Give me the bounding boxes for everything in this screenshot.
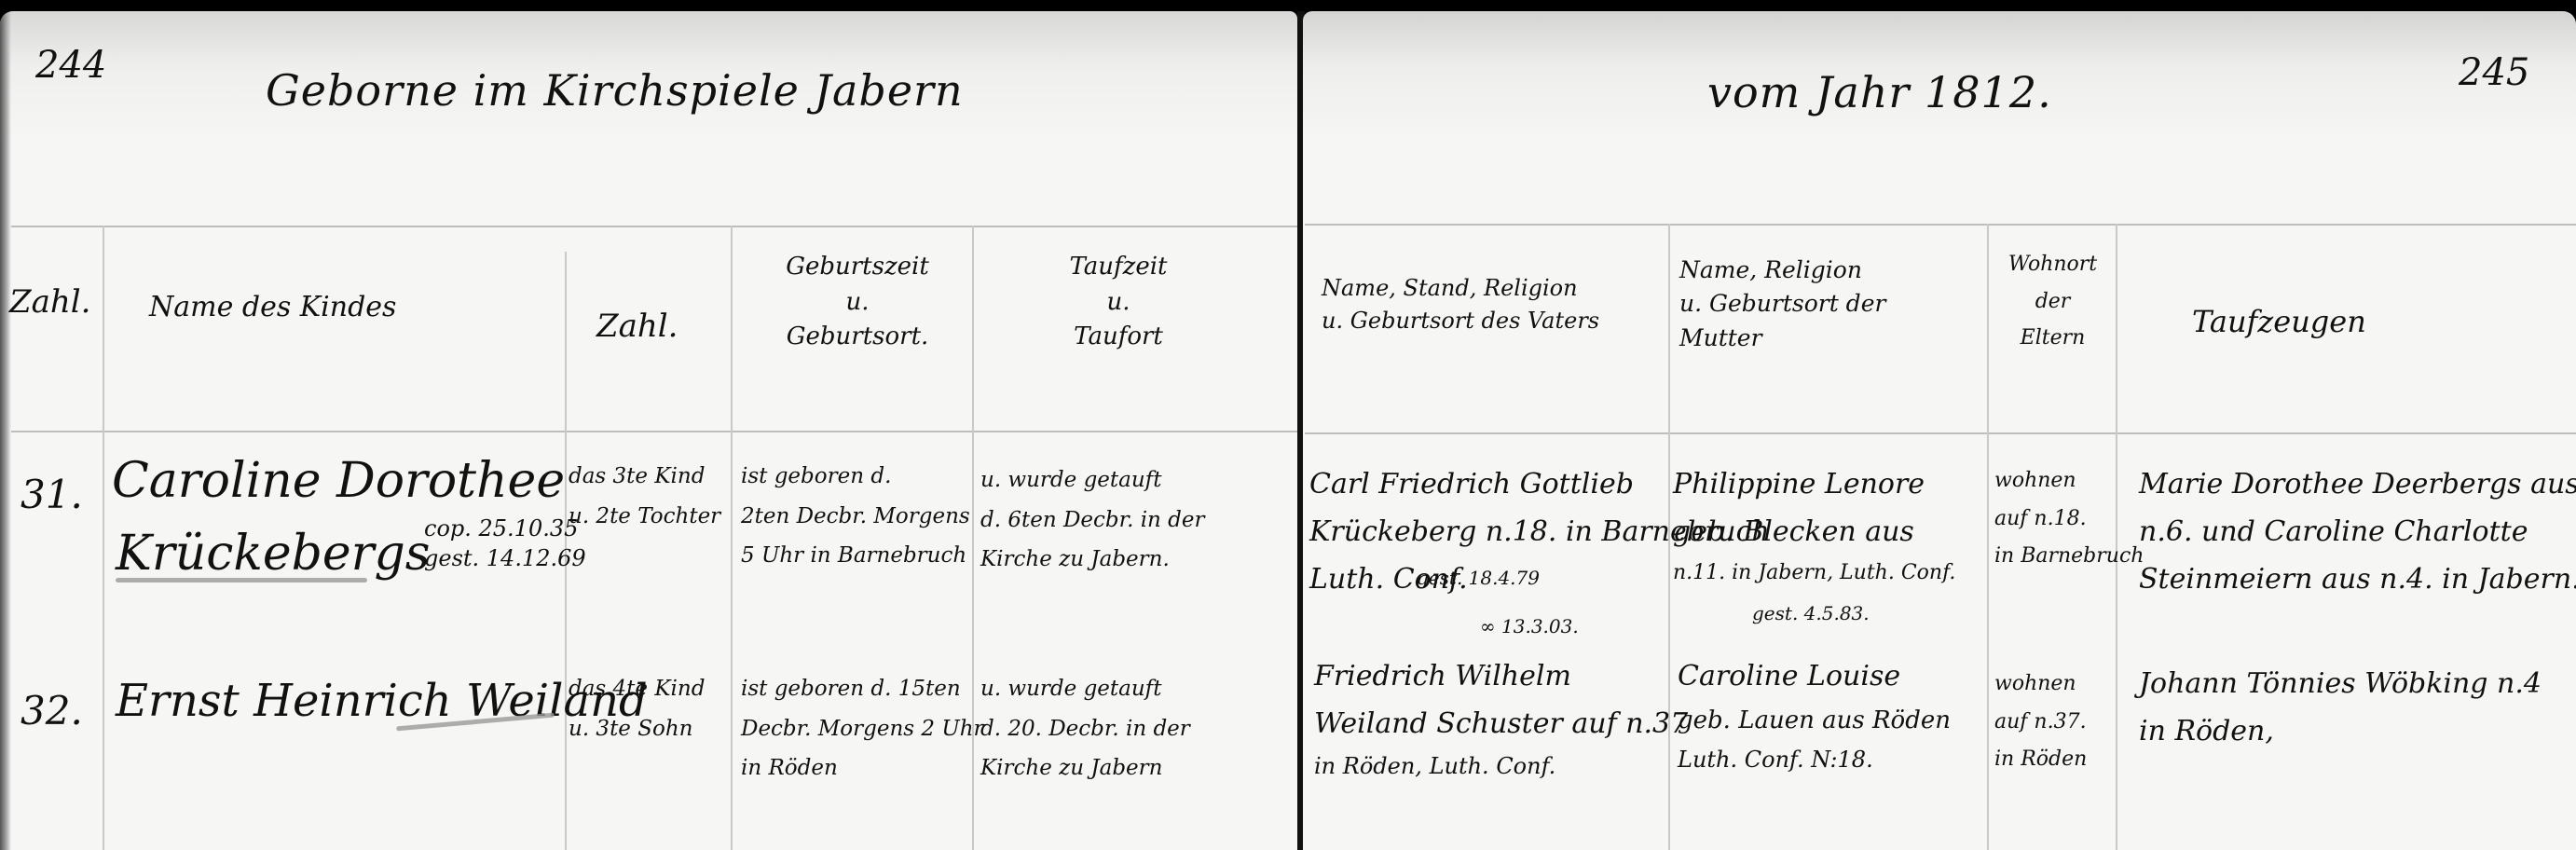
birth-details: ist geboren d. 15ten Decbr. Morgens 2 Uh… — [741, 669, 984, 788]
entry-number: 31. — [21, 473, 83, 516]
text-line: n.11. in Jabern, Luth. Conf. — [1673, 555, 1955, 590]
right-page-title: vom Jahr 1812. — [1707, 69, 2052, 117]
text-line: Luth. Conf. N:18. — [1678, 741, 1951, 779]
text-line: das 4te Kind — [569, 669, 705, 709]
header-vater: Name, Stand, Religion u. Geburtsort des … — [1322, 272, 1657, 337]
baptism-details: u. wurde getauft d. 20. Decbr. in der Ki… — [980, 669, 1190, 788]
text-line: in Röden, Luth. Conf. — [1314, 747, 1688, 786]
header-line: u. Geburtsort der — [1679, 287, 1978, 321]
text-line: wohnen — [1994, 665, 2087, 704]
text-line: 5 Uhr in Barnebruch — [741, 536, 970, 576]
father-details: Friedrich Wilhelm Weiland Schuster auf n… — [1314, 652, 1688, 786]
residence: wohnen auf n.37. in Röden — [1994, 665, 2087, 779]
text-line: Decbr. Morgens 2 Uhr — [741, 709, 984, 749]
text-line: Marie Dorothee Deerbergs aus — [2139, 460, 2576, 508]
text-line: Caroline Louise — [1678, 652, 1951, 700]
entry-number: 32. — [21, 690, 83, 733]
text-line: d. 20. Decbr. in der — [980, 709, 1190, 749]
child-name-line: Caroline Dorothee — [112, 455, 565, 508]
column-divider — [103, 226, 104, 850]
text-line: u. wurde getauft — [980, 669, 1190, 709]
header-zahl-kind: Zahl. — [596, 304, 678, 350]
underline-mark — [116, 578, 367, 583]
text-line: geb. Lauen aus Röden — [1678, 700, 1951, 741]
text-line: Kirche zu Jabern — [980, 748, 1190, 788]
book-edge — [0, 11, 11, 850]
header-top-rule — [11, 226, 1297, 227]
text-line: Kirche zu Jabern. — [980, 540, 1205, 580]
mother-death-note: gest. 4.5.83. — [1752, 602, 1870, 625]
mother-details: Philippine Lenore geb. Blecken aus n.11.… — [1673, 460, 1955, 590]
text-line: in Röden — [1994, 741, 2087, 779]
header-taufzeit: Taufzeit u. Taufort — [1007, 250, 1230, 355]
text-line: Philippine Lenore — [1673, 460, 1955, 508]
text-line: d. 6ten Decbr. in der — [980, 500, 1205, 541]
mother-details: Caroline Louise geb. Lauen aus Röden Lut… — [1678, 652, 1951, 779]
header-line: Eltern — [1994, 320, 2111, 357]
header-line: Mutter — [1679, 322, 1978, 355]
child-order: das 4te Kind u. 3te Sohn — [569, 669, 705, 748]
header-line: Taufzeit — [1007, 250, 1230, 285]
text-line: Weiland Schuster auf n.37 — [1314, 700, 1688, 747]
header-wohnort: Wohnort der Eltern — [1994, 246, 2111, 357]
header-line: u. — [746, 285, 969, 321]
godparents: Johann Tönnies Wöbking n.4 in Röden, — [2139, 660, 2542, 755]
text-line: in Röden — [741, 748, 984, 788]
text-line: Friedrich Wilhelm — [1314, 652, 1688, 700]
text-line: ist geboren d. 15ten — [741, 669, 984, 709]
right-page-number: 245 — [2459, 52, 2529, 93]
column-divider — [1987, 224, 1989, 850]
text-line: u. 3te Sohn — [569, 709, 705, 749]
text-line: n.6. und Caroline Charlotte — [2139, 508, 2576, 555]
child-note-death: gest. 14.12.69 — [424, 544, 586, 572]
text-line: ist geboren d. — [741, 457, 970, 497]
header-line: Name, Stand, Religion — [1322, 272, 1657, 305]
text-line: Steinmeiern aus n.4. in Jabern. — [2139, 555, 2576, 603]
left-page-number: 244 — [35, 45, 106, 86]
header-line: u. Geburtsort des Vaters — [1322, 305, 1657, 337]
child-order: das 3te Kind u. 2te Tochter — [569, 457, 720, 536]
column-divider — [731, 226, 733, 850]
header-top-rule — [1305, 224, 2576, 226]
header-line: u. — [1007, 285, 1230, 321]
text-line: Johann Tönnies Wöbking n.4 — [2139, 660, 2542, 707]
child-name-line: Krückebergs — [116, 528, 431, 581]
header-mutter: Name, Religion u. Geburtsort der Mutter — [1679, 254, 1978, 355]
header-line: Name, Religion — [1679, 254, 1978, 287]
header-line: Geburtszeit — [746, 250, 969, 285]
marriage-note: ∞ 13.3.03. — [1480, 615, 1579, 638]
header-line: Wohnort — [1994, 246, 2111, 283]
header-line: Taufort — [1007, 320, 1230, 355]
header-geburtszeit: Geburtszeit u. Geburtsort. — [746, 250, 969, 355]
residence: wohnen auf n.18. in Barnebruch — [1994, 462, 2144, 576]
header-bottom-rule — [11, 431, 1297, 432]
godparents: Marie Dorothee Deerbergs aus n.6. und Ca… — [2139, 460, 2576, 603]
header-taufzeugen: Taufzeugen — [2192, 300, 2366, 343]
birth-details: ist geboren d. 2ten Decbr. Morgens 5 Uhr… — [741, 457, 970, 576]
father-death-note: gest. 18.4.79 — [1417, 567, 1540, 590]
header-line: Geburtsort. — [746, 320, 969, 355]
text-line: in Barnebruch — [1994, 538, 2144, 576]
header-bottom-rule — [1305, 432, 2576, 434]
left-page-title: Geborne im Kirchspiele Jabern — [266, 67, 964, 115]
text-line: u. wurde getauft — [980, 460, 1205, 500]
text-line: wohnen — [1994, 462, 2144, 500]
header-zahl: Zahl. — [9, 280, 90, 325]
text-line: 2ten Decbr. Morgens — [741, 497, 970, 537]
baptism-details: u. wurde getauft d. 6ten Decbr. in der K… — [980, 460, 1205, 580]
child-note-copulation: cop. 25.10.35 — [424, 514, 578, 542]
text-line: das 3te Kind — [569, 457, 720, 497]
text-line: geb. Blecken aus — [1673, 508, 1955, 555]
header-name-des-kindes: Name des Kindes — [149, 287, 396, 328]
text-line: auf n.37. — [1994, 704, 2087, 742]
text-line: u. 2te Tochter — [569, 497, 720, 537]
header-line: der — [1994, 283, 2111, 321]
text-line: auf n.18. — [1994, 500, 2144, 539]
text-line: in Röden, — [2139, 707, 2542, 755]
